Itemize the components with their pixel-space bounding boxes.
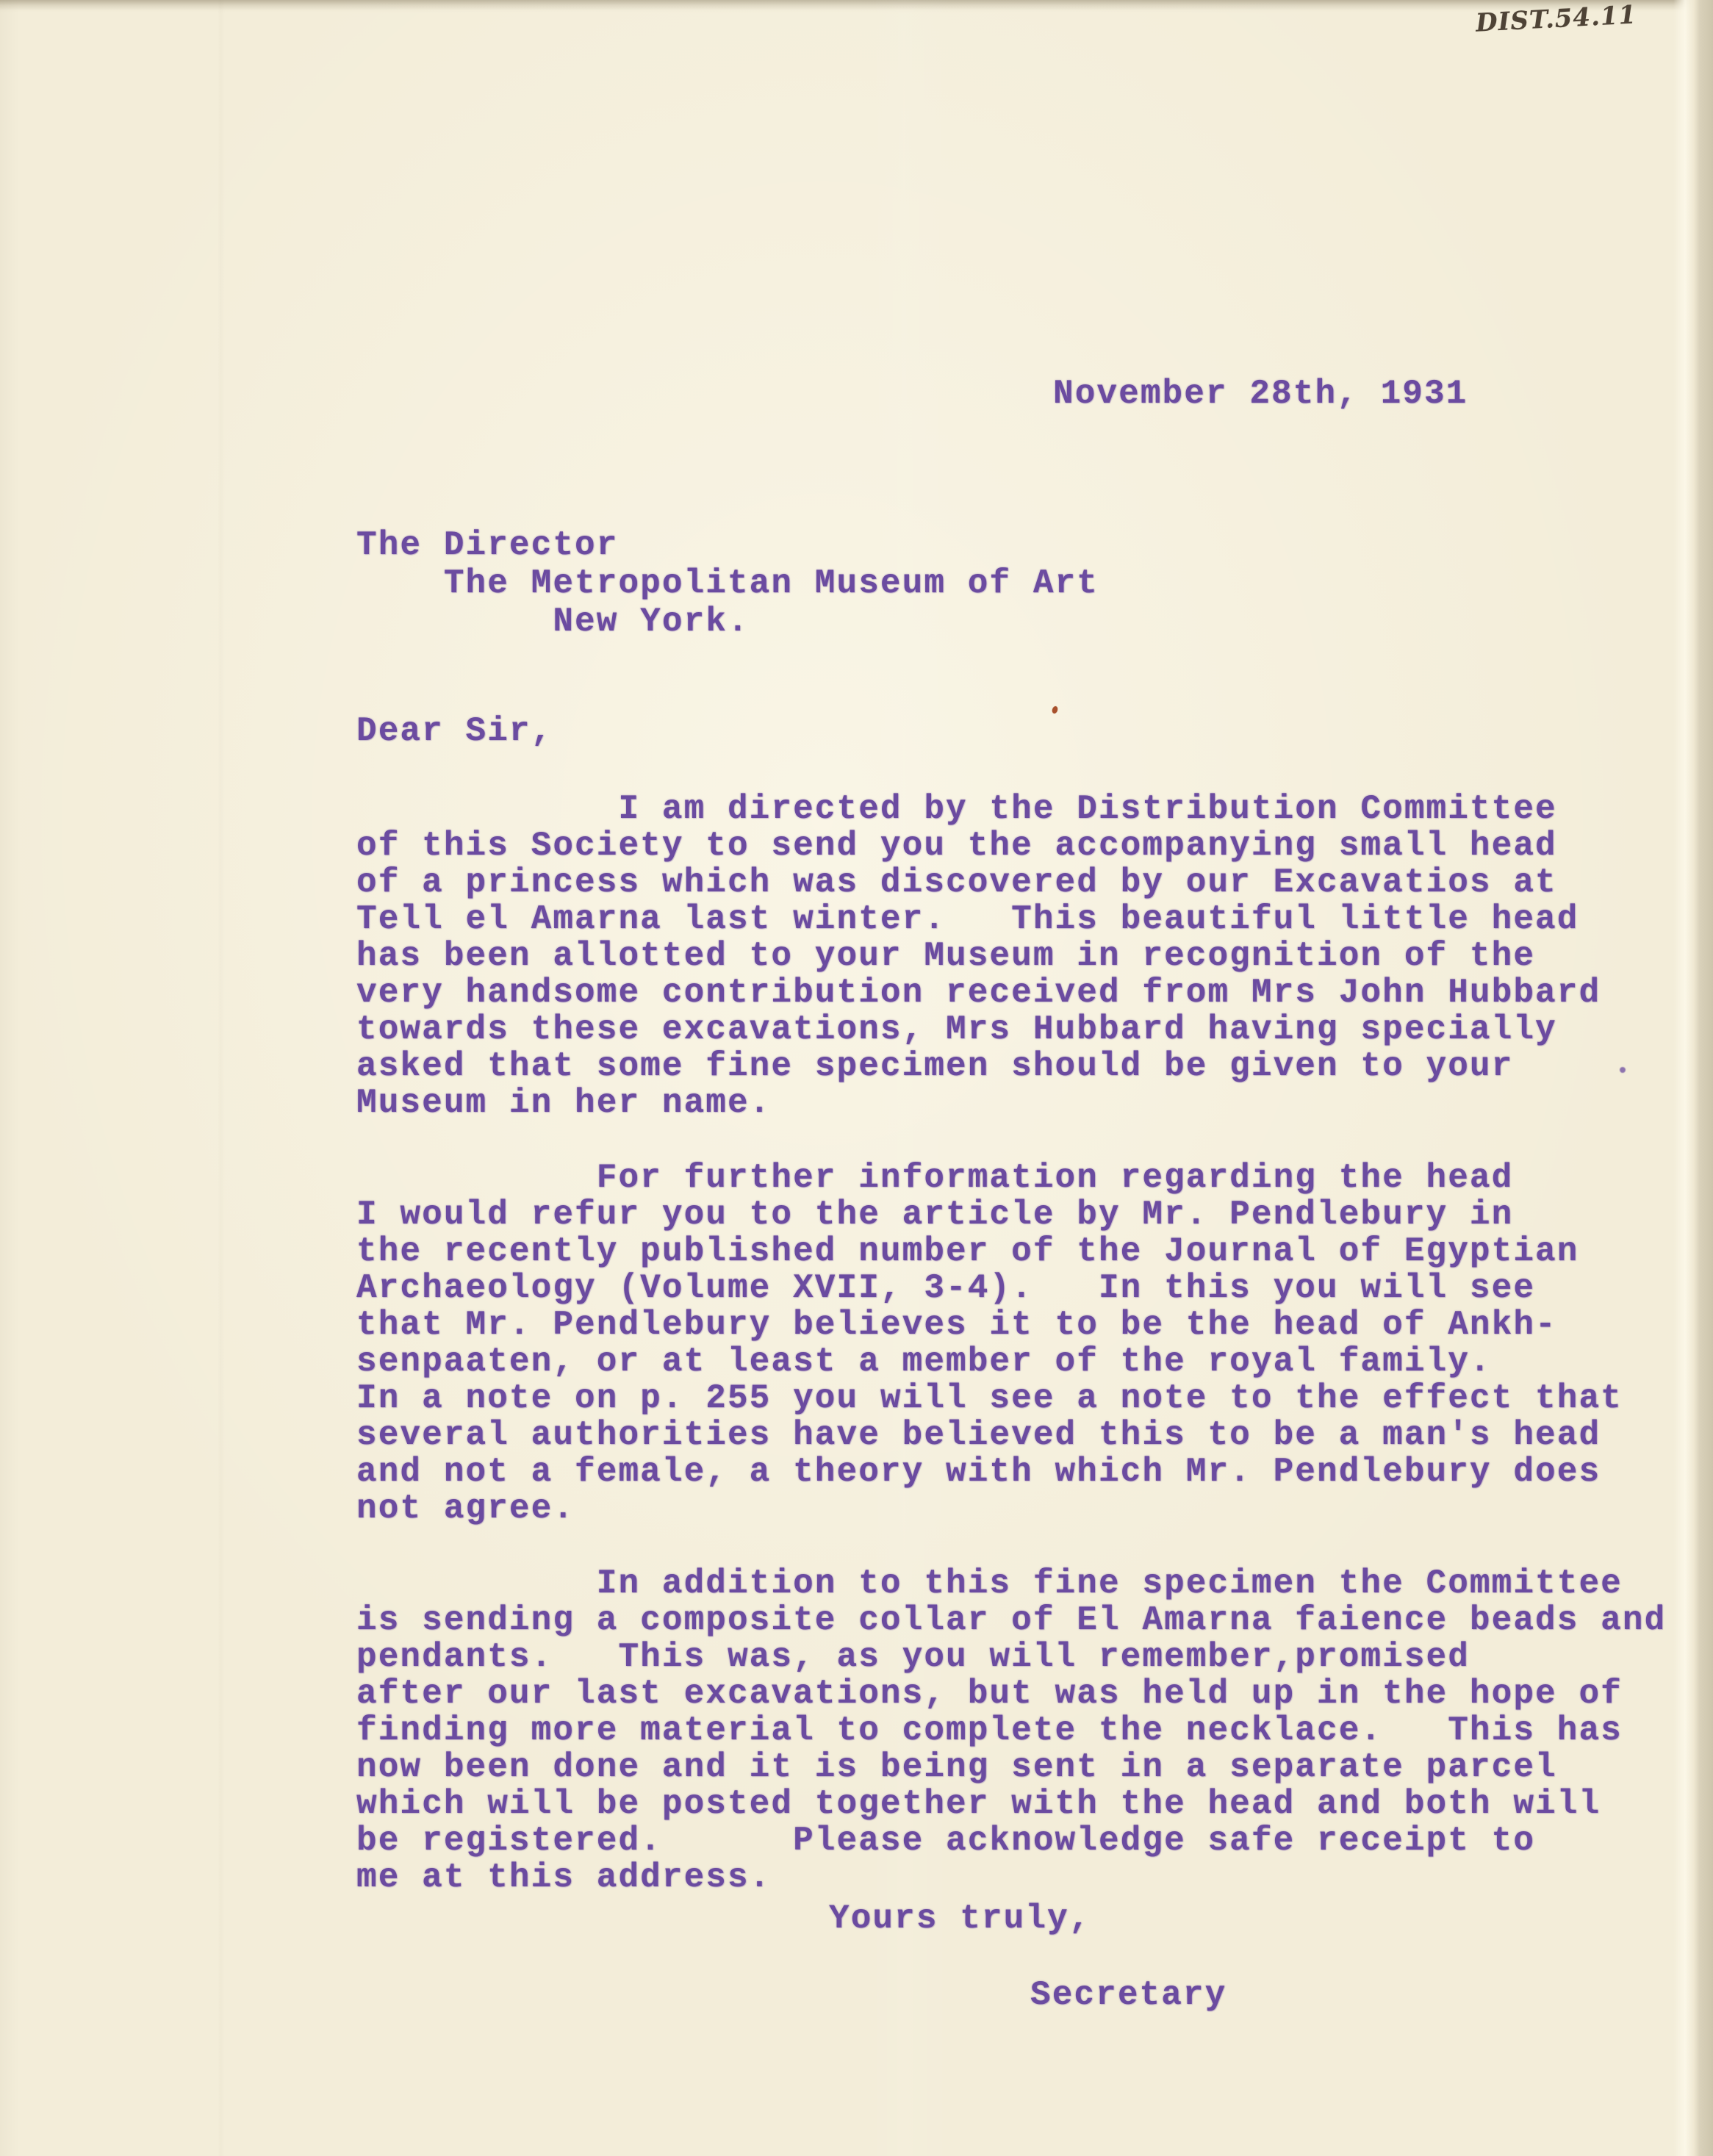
signature-title: Secretary	[1030, 1977, 1227, 2013]
paper-top-edge-shadow	[0, 0, 1713, 10]
valediction: Yours truly,	[829, 1900, 1091, 1937]
paragraph-1: I am directed by the Distribution Commit…	[356, 791, 1601, 1121]
recipient-address: The Director The Metropolitan Museum of …	[356, 526, 1099, 641]
paragraph-2: For further information regarding the he…	[356, 1160, 1623, 1527]
paper-speck	[1052, 705, 1059, 714]
ink-dot	[1620, 1067, 1626, 1073]
date-line: November 28th, 1931	[1053, 375, 1468, 412]
letter-page: DIST.54.11 November 28th, 1931 The Direc…	[0, 0, 1713, 2156]
paper-right-edge-shadow	[1673, 0, 1713, 2156]
salutation: Dear Sir,	[356, 713, 553, 750]
paragraph-3: In addition to this fine specimen the Co…	[356, 1565, 1666, 1896]
